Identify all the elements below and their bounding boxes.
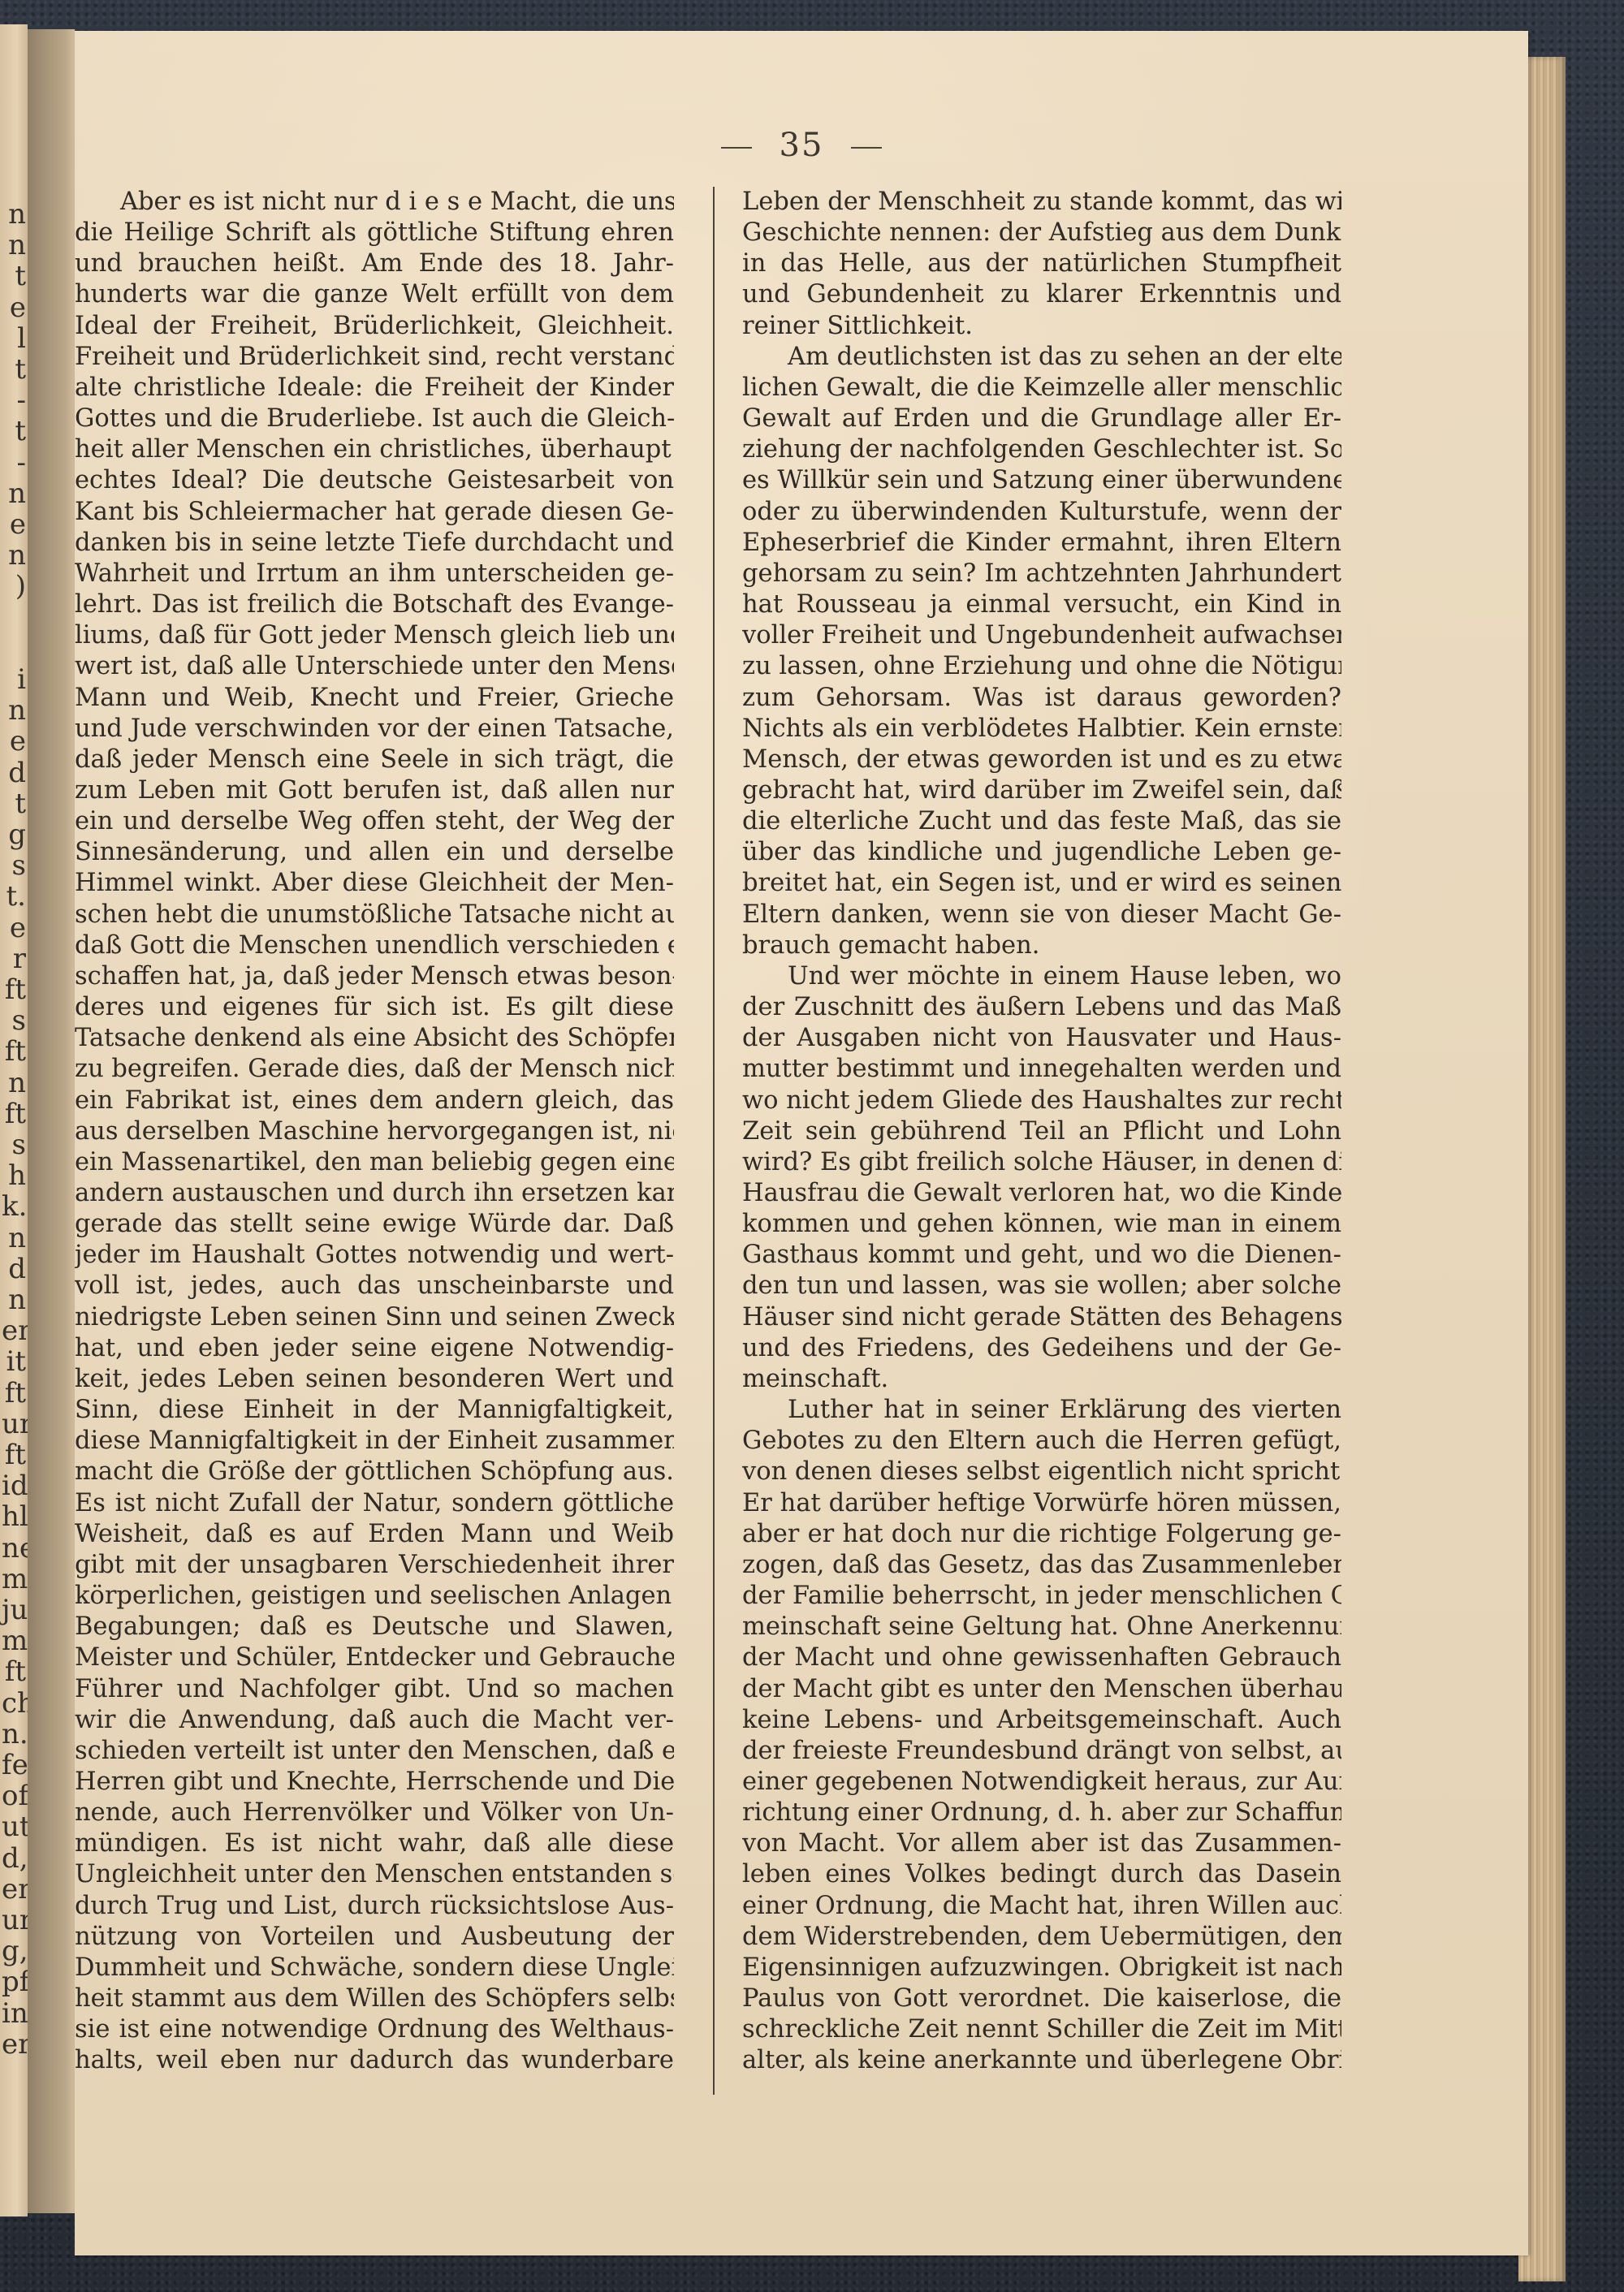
- left-column: Aber es ist nicht nur d i e s e Macht, d…: [75, 187, 674, 2077]
- text-line: aber er hat doch nur die richtige Folger…: [742, 1519, 1341, 1550]
- text-line: reiner Sittlichkeit.: [742, 311, 1341, 342]
- text-line: und des Friedens, des Gedeihens und der …: [742, 1333, 1341, 1364]
- text-line: schaffen hat, ja, daß jeder Mensch etwas…: [75, 961, 674, 992]
- text-line: durch Trug und List, durch rücksichtslos…: [75, 1891, 674, 1922]
- facing-page-fragment: t.: [2, 881, 26, 913]
- text-line: voller Freiheit und Ungebundenheit aufwa…: [742, 620, 1341, 651]
- text-line: liums, daß für Gott jeder Mensch gleich …: [75, 620, 674, 651]
- dash-decoration: [721, 147, 752, 149]
- text-line: deres und eigenes für sich ist. Es gilt …: [75, 992, 674, 1023]
- text-line: Paulus von Gott verordnet. Die kaiserlos…: [742, 1983, 1341, 2014]
- text-line: macht die Größe der göttlichen Schöpfung…: [75, 1457, 674, 1487]
- text-line: lehrt. Das ist freilich die Botschaft de…: [75, 589, 674, 620]
- text-line: Dummheit und Schwäche, sondern diese Ung…: [75, 1953, 674, 1983]
- text-line: danken bis in seine letzte Tiefe durchda…: [75, 528, 674, 559]
- text-line: der Familie beherrscht, in jeder menschl…: [742, 1581, 1341, 1612]
- text-line: zum Gehorsam. Was ist daraus geworden?: [742, 683, 1341, 714]
- text-line: breitet hat, ein Segen ist, und er wird …: [742, 868, 1341, 899]
- text-line: Gasthaus kommt und geht, und wo die Dien…: [742, 1240, 1341, 1271]
- text-line: Mensch, der etwas geworden ist und es zu…: [742, 745, 1341, 775]
- text-line: Himmel winkt. Aber diese Gleichheit der …: [75, 868, 674, 899]
- facing-page-fragment: k.: [2, 1191, 26, 1223]
- page-number-value: 35: [780, 127, 824, 164]
- text-line: hat Rousseau ja einmal versucht, ein Kin…: [742, 589, 1341, 620]
- facing-page-fragment: d: [2, 758, 26, 789]
- facing-page-fragment: n: [2, 540, 26, 572]
- text-line: keine Lebens- und Arbeitsgemeinschaft. A…: [742, 1705, 1341, 1736]
- text-line: zogen, daß das Gesetz, das das Zusammenl…: [742, 1550, 1341, 1581]
- text-line: Epheserbrief die Kinder ermahnt, ihren E…: [742, 528, 1341, 559]
- text-line: halts, weil eben nur dadurch das wunderb…: [75, 2045, 674, 2076]
- text-line: Aber es ist nicht nur d i e s e Macht, d…: [75, 187, 674, 218]
- text-line: körperlichen, geistigen und seelischen A…: [75, 1581, 674, 1612]
- text-line: Tatsache denkend als eine Absicht des Sc…: [75, 1023, 674, 1054]
- text-line: von denen dieses selbst eigentlich nicht…: [742, 1457, 1341, 1487]
- facing-page-fragment: id: [2, 1470, 26, 1502]
- text-line: gibt mit der unsagbaren Verschiedenheit …: [75, 1550, 674, 1581]
- facing-page-fragment: pf: [2, 1966, 26, 1998]
- text-line: über das kindliche und jugendliche Leben…: [742, 837, 1341, 868]
- facing-page-fragment: ur: [2, 1905, 26, 1936]
- text-line: andern austauschen und durch ihn ersetze…: [75, 1178, 674, 1209]
- text-line: meinschaft seine Geltung hat. Ohne Anerk…: [742, 1612, 1341, 1642]
- text-line: Gebotes zu den Eltern auch die Herren ge…: [742, 1426, 1341, 1457]
- facing-page-fragment: m: [2, 1564, 26, 1595]
- facing-page-fragment: in: [2, 1998, 26, 2030]
- text-line: Geschichte nennen: der Aufstieg aus dem …: [742, 218, 1341, 248]
- facing-page-fragment: m: [2, 1625, 26, 1657]
- text-line: Mann und Weib, Knecht und Freier, Griech…: [75, 683, 674, 714]
- facing-page-fragment: g,: [2, 1936, 26, 1967]
- column-rule: [713, 187, 715, 2095]
- text-line: wo nicht jedem Gliede des Haushaltes zur…: [742, 1086, 1341, 1116]
- text-line: dem Widerstrebenden, dem Uebermütigen, d…: [742, 1922, 1341, 1953]
- text-line: Sinnesänderung, und allen ein und dersel…: [75, 837, 674, 868]
- facing-page-fragment: n.: [2, 1719, 26, 1750]
- text-line: nützung von Vorteilen und Ausbeutung der: [75, 1922, 674, 1953]
- text-line: der Zuschnitt des äußern Lebens und das …: [742, 992, 1341, 1023]
- facing-page-fragment: e: [2, 913, 26, 944]
- text-line: heit aller Menschen ein christliches, üb…: [75, 434, 674, 465]
- text-line: Ungleichheit unter den Menschen entstand…: [75, 1859, 674, 1890]
- facing-page-fragment: e: [2, 509, 26, 541]
- facing-page-fragment: e: [2, 726, 26, 758]
- text-line: der Macht gibt es unter den Menschen übe…: [742, 1674, 1341, 1705]
- facing-page-fragment: r: [2, 943, 26, 975]
- text-line: Sinn, diese Einheit in der Mannigfaltigk…: [75, 1395, 674, 1426]
- text-line: Ideal der Freiheit, Brüderlichkeit, Glei…: [75, 311, 674, 342]
- facing-page-fragment: n: [2, 478, 26, 510]
- dash-decoration: [851, 147, 882, 149]
- facing-page-fragment: ft: [2, 1099, 26, 1130]
- text-line: gerade das stellt seine ewige Würde dar.…: [75, 1209, 674, 1240]
- text-line: der Macht und ohne gewissenhaften Gebrau…: [742, 1642, 1341, 1673]
- text-line: Leben der Menschheit zu stande kommt, da…: [742, 187, 1341, 218]
- text-line: Meister und Schüler, Entdecker und Gebra…: [75, 1642, 674, 1673]
- text-line: es Willkür sein und Satzung einer überwu…: [742, 465, 1341, 496]
- text-line: hunderts war die ganze Welt erfüllt von …: [75, 279, 674, 310]
- text-line: die elterliche Zucht und das feste Maß, …: [742, 806, 1341, 837]
- facing-page-fragment: ut: [2, 1811, 26, 1843]
- facing-page-fragment: n: [2, 230, 26, 261]
- text-line: voll ist, jedes, auch das unscheinbarste…: [75, 1271, 674, 1301]
- text-line: meinschaft.: [742, 1364, 1341, 1395]
- text-line: Gewalt auf Erden und die Grundlage aller…: [742, 404, 1341, 434]
- facing-page-fragment: ju: [2, 1595, 26, 1626]
- text-line: Am deutlichsten ist das zu sehen an der …: [742, 342, 1341, 373]
- text-line: kommen und gehen können, wie man in eine…: [742, 1209, 1341, 1240]
- text-line: diese Mannigfaltigkeit in der Einheit zu…: [75, 1426, 674, 1457]
- facing-page-fragment: hl: [2, 1501, 26, 1533]
- text-line: Freiheit und Brüderlichkeit sind, recht …: [75, 342, 674, 373]
- facing-page-fragment: ): [2, 571, 26, 602]
- text-line: echtes Ideal? Die deutsche Geistesarbeit…: [75, 465, 674, 496]
- text-line: schieden verteilt ist unter den Menschen…: [75, 1736, 674, 1767]
- text-line: aus derselben Maschine hervorgegangen is…: [75, 1116, 674, 1147]
- text-line: der Ausgaben nicht von Hausvater und Hau…: [742, 1023, 1341, 1054]
- facing-page-edge: nntelt-t-nen)inedtgst.erftsftnftshk.ndne…: [0, 24, 28, 2216]
- facing-page-fragment: l: [2, 323, 26, 355]
- facing-page-fragment: s: [2, 850, 26, 882]
- facing-page-fragment: ft: [2, 1656, 26, 1688]
- text-line: einer Ordnung, die Macht hat, ihren Will…: [742, 1891, 1341, 1922]
- facing-page-fragment: n: [2, 695, 26, 727]
- facing-page-fragment: d,: [2, 1843, 26, 1875]
- text-line: gehorsam zu sein? Im achtzehnten Jahrhun…: [742, 559, 1341, 589]
- facing-page-fragment: ur: [2, 1409, 26, 1440]
- text-line: den tun und lassen, was sie wollen; aber…: [742, 1271, 1341, 1301]
- text-line: der freieste Freundesbund drängt von sel…: [742, 1736, 1341, 1767]
- text-line: heit stammt aus dem Willen des Schöpfers…: [75, 1983, 674, 2014]
- facing-page-fragment: of.: [2, 1781, 26, 1812]
- text-line: Er hat darüber heftige Vorwürfe hören mü…: [742, 1488, 1341, 1519]
- facing-page-fragment: d: [2, 1254, 26, 1285]
- facing-page-fragment: e: [2, 292, 26, 324]
- text-line: Zeit sein gebührend Teil an Pflicht und …: [742, 1116, 1341, 1147]
- text-line: schreckliche Zeit nennt Schiller die Zei…: [742, 2014, 1341, 2045]
- text-line: Und wer möchte in einem Hause leben, wo: [742, 961, 1341, 992]
- text-line: Kant bis Schleiermacher hat gerade diese…: [75, 497, 674, 528]
- text-line: daß jeder Mensch eine Seele in sich träg…: [75, 745, 674, 775]
- text-line: Luther hat in seiner Erklärung des viert…: [742, 1395, 1341, 1426]
- text-line: zu lassen, ohne Erziehung und ohne die N…: [742, 651, 1341, 682]
- text-line: Hausfrau die Gewalt verloren hat, wo die…: [742, 1178, 1341, 1209]
- text-line: mündigen. Es ist nicht wahr, daß alle di…: [75, 1828, 674, 1859]
- text-line: wir die Anwendung, daß auch die Macht ve…: [75, 1705, 674, 1736]
- facing-page-fragment: n: [2, 1223, 26, 1254]
- text-line: Eigensinnigen aufzuzwingen. Obrigkeit is…: [742, 1953, 1341, 1983]
- text-line: alte christliche Ideale: die Freiheit de…: [75, 373, 674, 404]
- text-line: in das Helle, aus der natürlichen Stumpf…: [742, 248, 1341, 279]
- facing-page-fragment: ft: [2, 1036, 26, 1068]
- facing-page-fragment: en: [2, 1315, 26, 1347]
- text-line: oder zu überwindenden Kulturstufe, wenn …: [742, 497, 1341, 528]
- text-line: Eltern danken, wenn sie von dieser Macht…: [742, 900, 1341, 930]
- facing-page-fragment: s: [2, 1129, 26, 1161]
- text-line: gebracht hat, wird darüber im Zweifel se…: [742, 775, 1341, 806]
- facing-page-fragment: ert: [2, 2029, 26, 2061]
- text-line: Es ist nicht Zufall der Natur, sondern g…: [75, 1488, 674, 1519]
- text-line: schen hebt die unumstößliche Tatsache ni…: [75, 900, 674, 930]
- text-line: die Heilige Schrift als göttliche Stiftu…: [75, 218, 674, 248]
- text-line: Begabungen; daß es Deutsche und Slawen,: [75, 1612, 674, 1642]
- facing-page-fragment: it: [2, 1346, 26, 1378]
- facing-page-fragment: n: [2, 199, 26, 231]
- facing-page-fragment: ft: [2, 1378, 26, 1409]
- page-number: 35: [75, 127, 1528, 164]
- book-page: 35 Aber es ist nicht nur d i e s e Macht…: [75, 31, 1528, 2255]
- text-line: wert ist, daß alle Unterschiede unter de…: [75, 651, 674, 682]
- text-line: zum Leben mit Gott berufen ist, daß alle…: [75, 775, 674, 806]
- text-line: richtung einer Ordnung, d. h. aber zur S…: [742, 1798, 1341, 1828]
- gutter-shadow: [28, 29, 75, 2213]
- facing-page-fragment: t: [2, 788, 26, 820]
- facing-page-fragment: en: [2, 1874, 26, 1906]
- right-column: Leben der Menschheit zu stande kommt, da…: [742, 187, 1341, 2077]
- text-line: jeder im Haushalt Gottes notwendig und w…: [75, 1240, 674, 1271]
- text-line: Weisheit, daß es auf Erden Mann und Weib: [75, 1519, 674, 1550]
- text-line: zu begreifen. Gerade dies, daß der Mensc…: [75, 1054, 674, 1085]
- text-line: ein Massenartikel, den man beliebig gege…: [75, 1147, 674, 1178]
- text-line: daß Gott die Menschen unendlich verschie…: [75, 930, 674, 961]
- text-line: Wahrheit und Irrtum an ihm unterscheiden…: [75, 559, 674, 589]
- facing-page-fragment: -: [2, 385, 26, 417]
- text-line: und brauchen heißt. Am Ende des 18. Jahr…: [75, 248, 674, 279]
- text-line: mutter bestimmt und innegehalten werden …: [742, 1054, 1341, 1085]
- text-line: lichen Gewalt, die die Keimzelle aller m…: [742, 373, 1341, 404]
- text-line: brauch gemacht haben.: [742, 930, 1341, 961]
- facing-page-fragment: ft: [2, 974, 26, 1006]
- text-line: und Jude verschwinden vor der einen Tats…: [75, 714, 674, 745]
- text-line: leben eines Volkes bedingt durch das Das…: [742, 1859, 1341, 1890]
- facing-page-fragment: n: [2, 1068, 26, 1099]
- text-line: ein Fabrikat ist, eines dem andern gleic…: [75, 1086, 674, 1116]
- text-line: sie ist eine notwendige Ordnung des Welt…: [75, 2014, 674, 2045]
- facing-page-fragment: i: [2, 664, 26, 696]
- facing-page-fragment: g: [2, 819, 26, 851]
- facing-page-fragment: -: [2, 447, 26, 479]
- facing-page-fragment: s: [2, 1005, 26, 1037]
- text-line: hat, und eben jeder seine eigene Notwend…: [75, 1333, 674, 1364]
- facing-page-fragment: n: [2, 1284, 26, 1316]
- text-line: ein und derselbe Weg offen steht, der We…: [75, 806, 674, 837]
- text-line: Herren gibt und Knechte, Herrschende und…: [75, 1767, 674, 1798]
- text-line: wird? Es gibt freilich solche Häuser, in…: [742, 1147, 1341, 1178]
- text-line: und Gebundenheit zu klarer Erkenntnis un…: [742, 279, 1341, 310]
- text-line: niedrigste Leben seinen Sinn und seinen …: [75, 1302, 674, 1333]
- facing-page-fragment: t: [2, 354, 26, 386]
- text-line: Häuser sind nicht gerade Stätten des Beh…: [742, 1302, 1341, 1333]
- facing-page-fragment: ft: [2, 1440, 26, 1471]
- text-line: einer gegebenen Notwendigkeit heraus, zu…: [742, 1767, 1341, 1798]
- text-line: alter, als keine anerkannte und überlege…: [742, 2045, 1341, 2076]
- facing-page-fragment: h: [2, 1160, 26, 1192]
- text-line: Gottes und die Bruderliebe. Ist auch die…: [75, 404, 674, 434]
- text-line: Führer und Nachfolger gibt. Und so mache…: [75, 1674, 674, 1705]
- text-line: nende, auch Herrenvölker und Völker von …: [75, 1798, 674, 1828]
- text-line: ziehung der nachfolgenden Geschlechter i…: [742, 434, 1341, 465]
- facing-page-fragment: ne: [2, 1533, 26, 1565]
- text-line: Nichts als ein verblödetes Halbtier. Kei…: [742, 714, 1341, 745]
- facing-page-fragment: fe,: [2, 1750, 26, 1781]
- text-line: von Macht. Vor allem aber ist das Zusamm…: [742, 1828, 1341, 1859]
- facing-page-fragment: t: [2, 261, 26, 292]
- facing-page-fragment: t: [2, 416, 26, 447]
- facing-page-fragment: ch: [2, 1688, 26, 1720]
- text-line: keit, jedes Leben seinen besonderen Wert…: [75, 1364, 674, 1395]
